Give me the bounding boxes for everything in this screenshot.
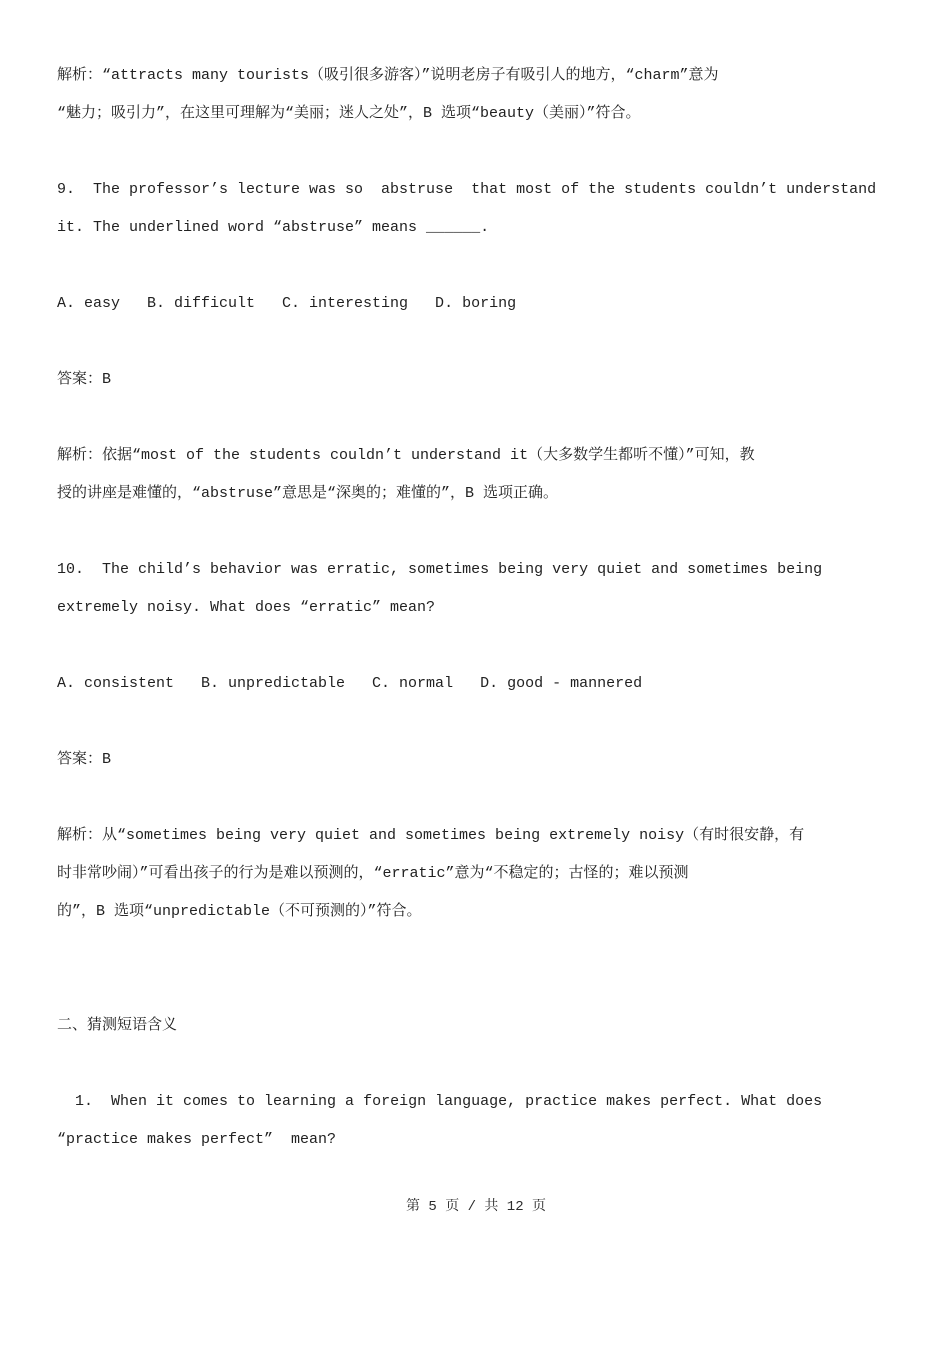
question-9-explanation: 解析：依据“most of the students couldn’t unde… bbox=[57, 437, 895, 513]
question-9-options: A. easy B. difficult C. interesting D. b… bbox=[57, 285, 895, 323]
question-10-options: A. consistent B. unpredictable C. normal… bbox=[57, 665, 895, 703]
question-9-answer: 答案：B bbox=[57, 361, 895, 399]
page-number-footer: 第 5 页 / 共 12 页 bbox=[57, 1197, 895, 1217]
question-10-answer: 答案：B bbox=[57, 741, 895, 779]
explanation-question-8: 解析：“attracts many tourists（吸引很多游客）”说明老房子… bbox=[57, 57, 895, 133]
question-10-explanation: 解析：从“sometimes being very quiet and some… bbox=[57, 817, 895, 931]
section-heading-part-2: 二、猜测短语含义 bbox=[57, 1007, 895, 1045]
part-2-question-1-stem: 1. When it comes to learning a foreign l… bbox=[57, 1083, 895, 1159]
question-9-stem: 9. The professor’s lecture was so abstru… bbox=[57, 171, 895, 247]
question-10-stem: 10. The child’s behavior was erratic, so… bbox=[57, 551, 895, 627]
document-page: 解析：“attracts many tourists（吸引很多游客）”说明老房子… bbox=[0, 0, 952, 1347]
